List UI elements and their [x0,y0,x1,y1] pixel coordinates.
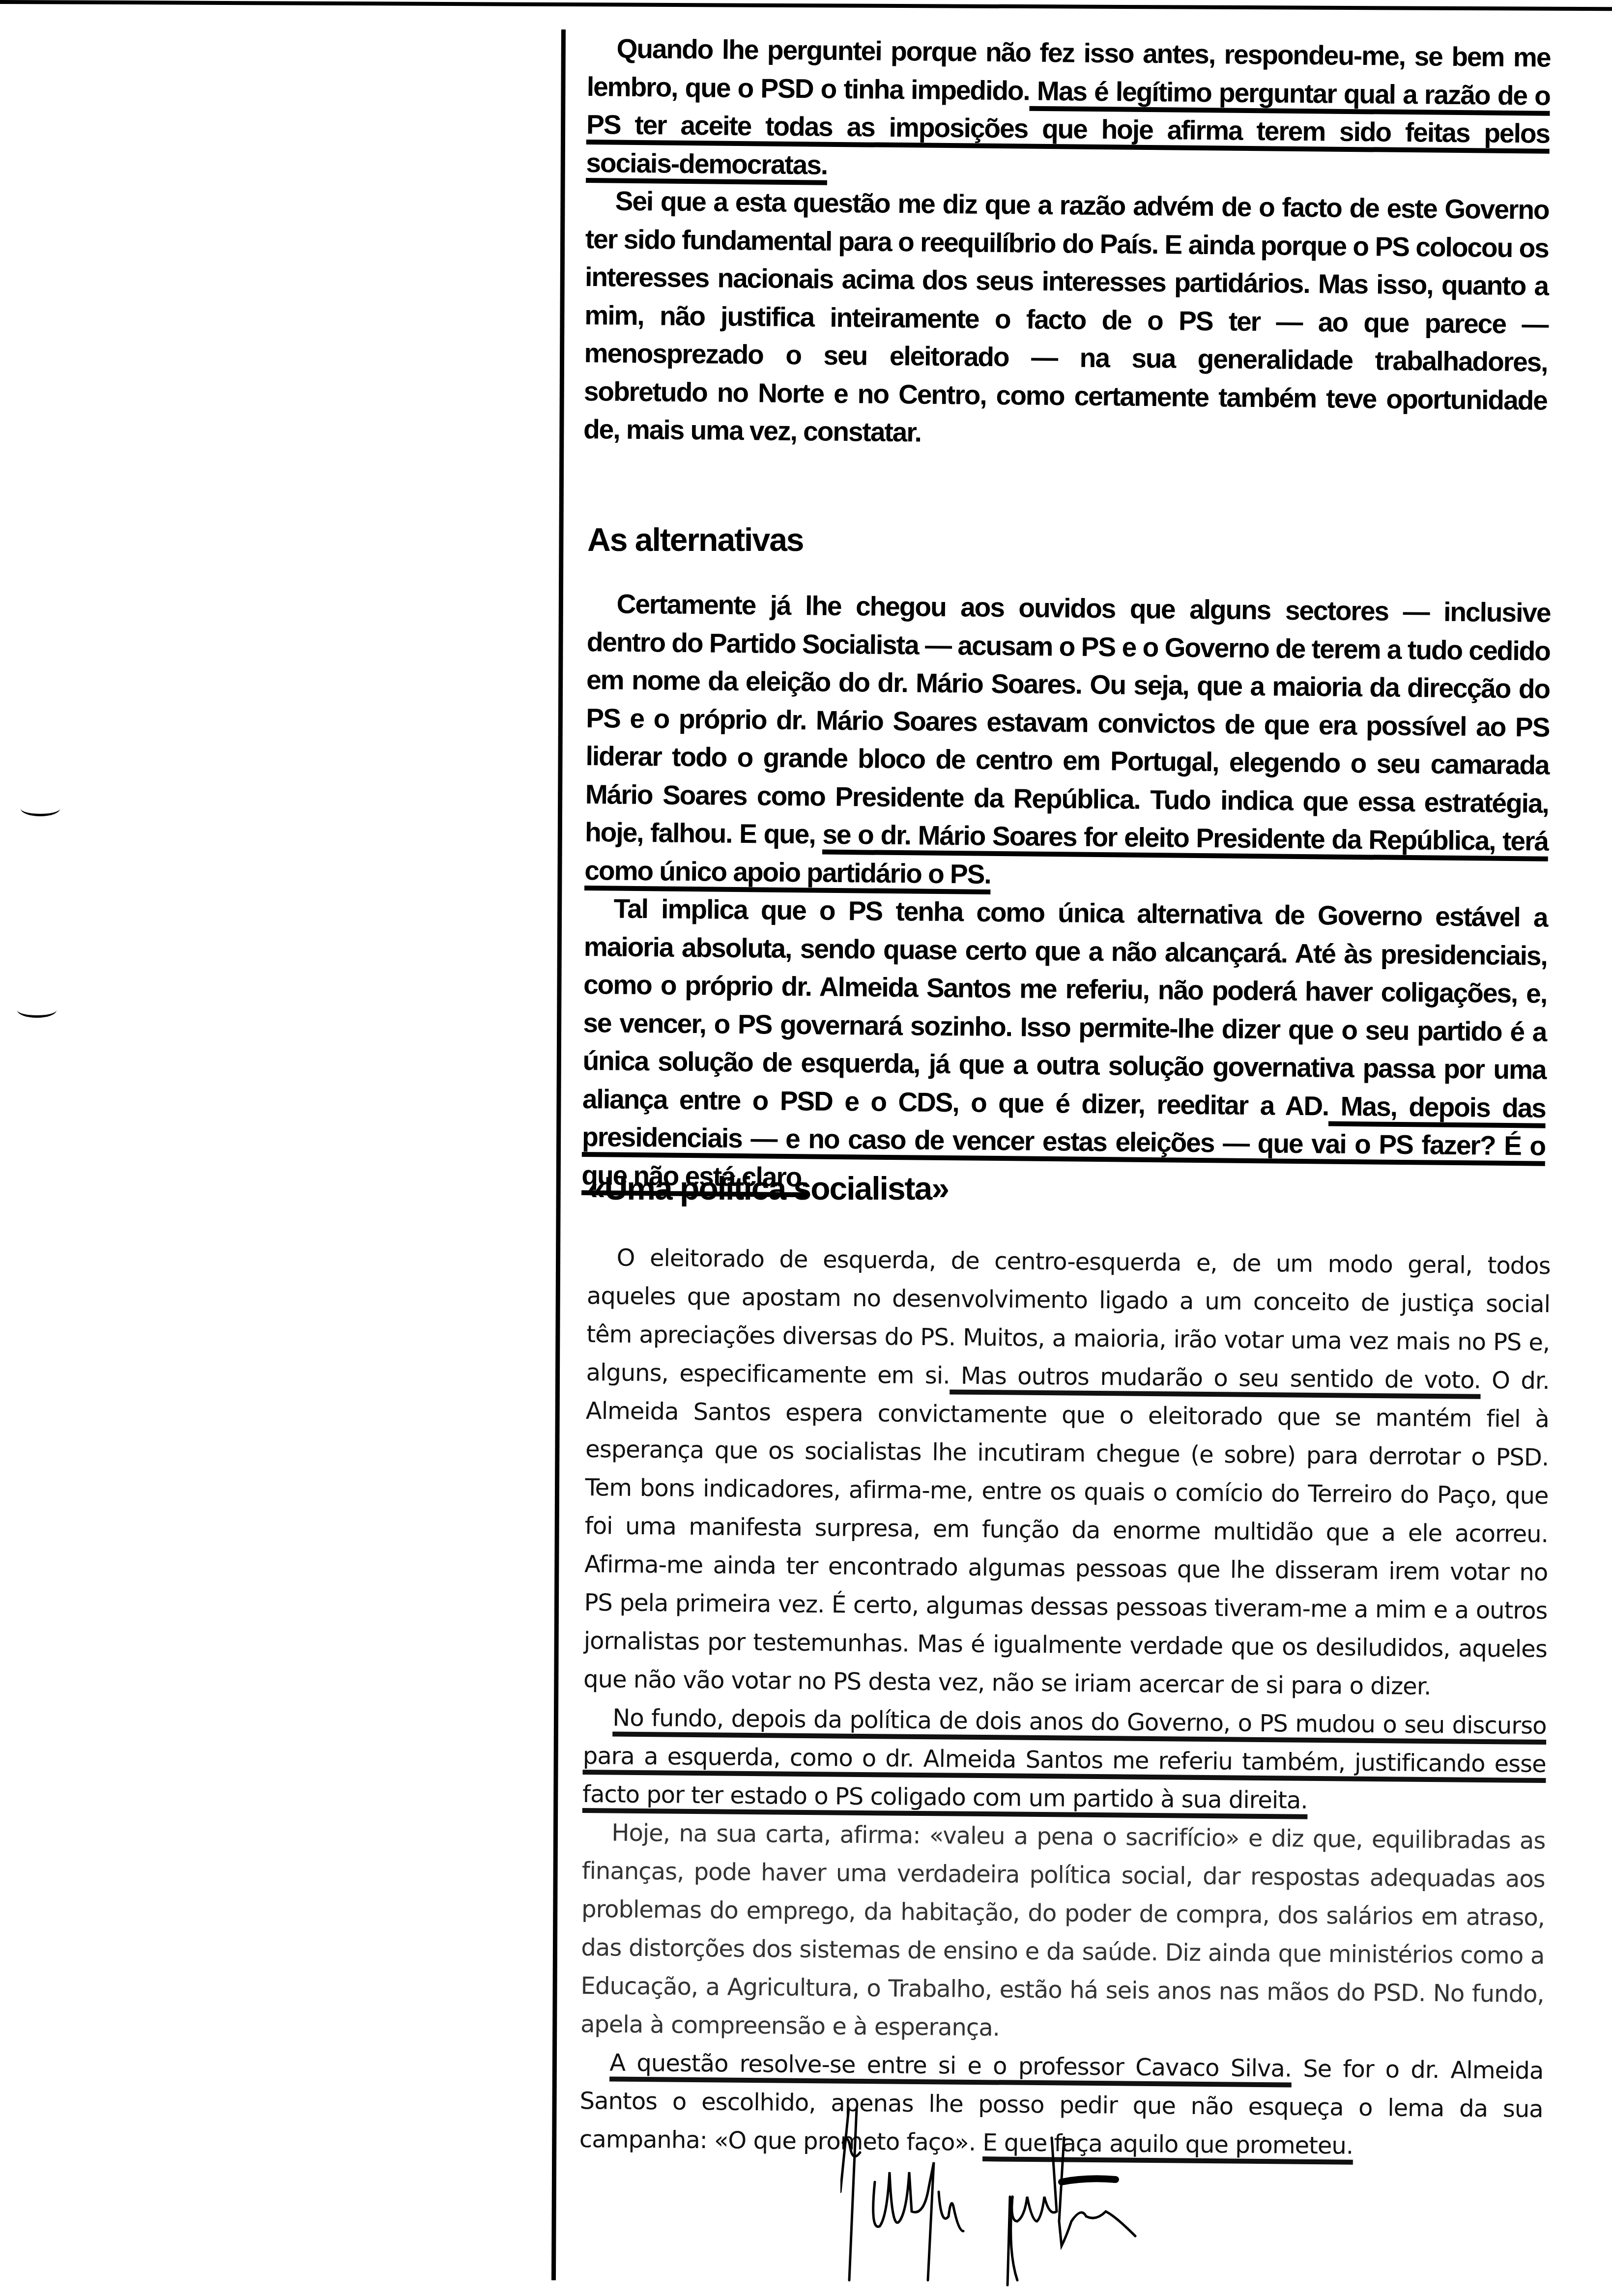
signature [840,2089,1578,2295]
column-rule [551,29,566,2280]
section-alternativas: As alternativas [587,521,1551,558]
section-intro: Quando lhe perguntei porque não fez isso… [583,29,1551,458]
paragraph: No fundo, depois da política de dois ano… [582,1698,1547,1822]
page-top-border [0,0,1612,11]
section-politica-body: O eleitorado de esquerda, de centro-esqu… [579,1238,1551,2167]
underlined-passage: A questão resolve-se entre si e o profes… [609,2049,1292,2082]
paragraph: O eleitorado de esquerda, de centro-esqu… [583,1238,1551,1707]
section-alternativas-body: Certamente já lhe chegou aos ouvidos que… [581,585,1551,1204]
underlined-passage: Mas outros mudarão o seu sentido de voto… [950,1362,1481,1394]
paragraph: Certamente já lhe chegou aos ouvidos que… [584,585,1551,899]
section-heading: «Uma política socialista» [587,1170,1551,1207]
binder-hole-mark [21,801,60,816]
section-heading: As alternativas [587,521,1551,558]
binder-hole-mark [17,1003,57,1018]
paragraph: Hoje, na sua carta, afirma: «valeu a pen… [580,1813,1546,2052]
underlined-passage: No fundo, depois da política de dois ano… [582,1704,1547,1814]
paragraph: Quando lhe perguntei porque não fez isso… [586,29,1551,191]
section-politica: «Uma política socialista» [587,1170,1551,1207]
paragraph: Sei que a esta questão me diz que a razã… [583,182,1549,458]
paragraph: Tal implica que o PS tenha como única al… [581,890,1548,1204]
